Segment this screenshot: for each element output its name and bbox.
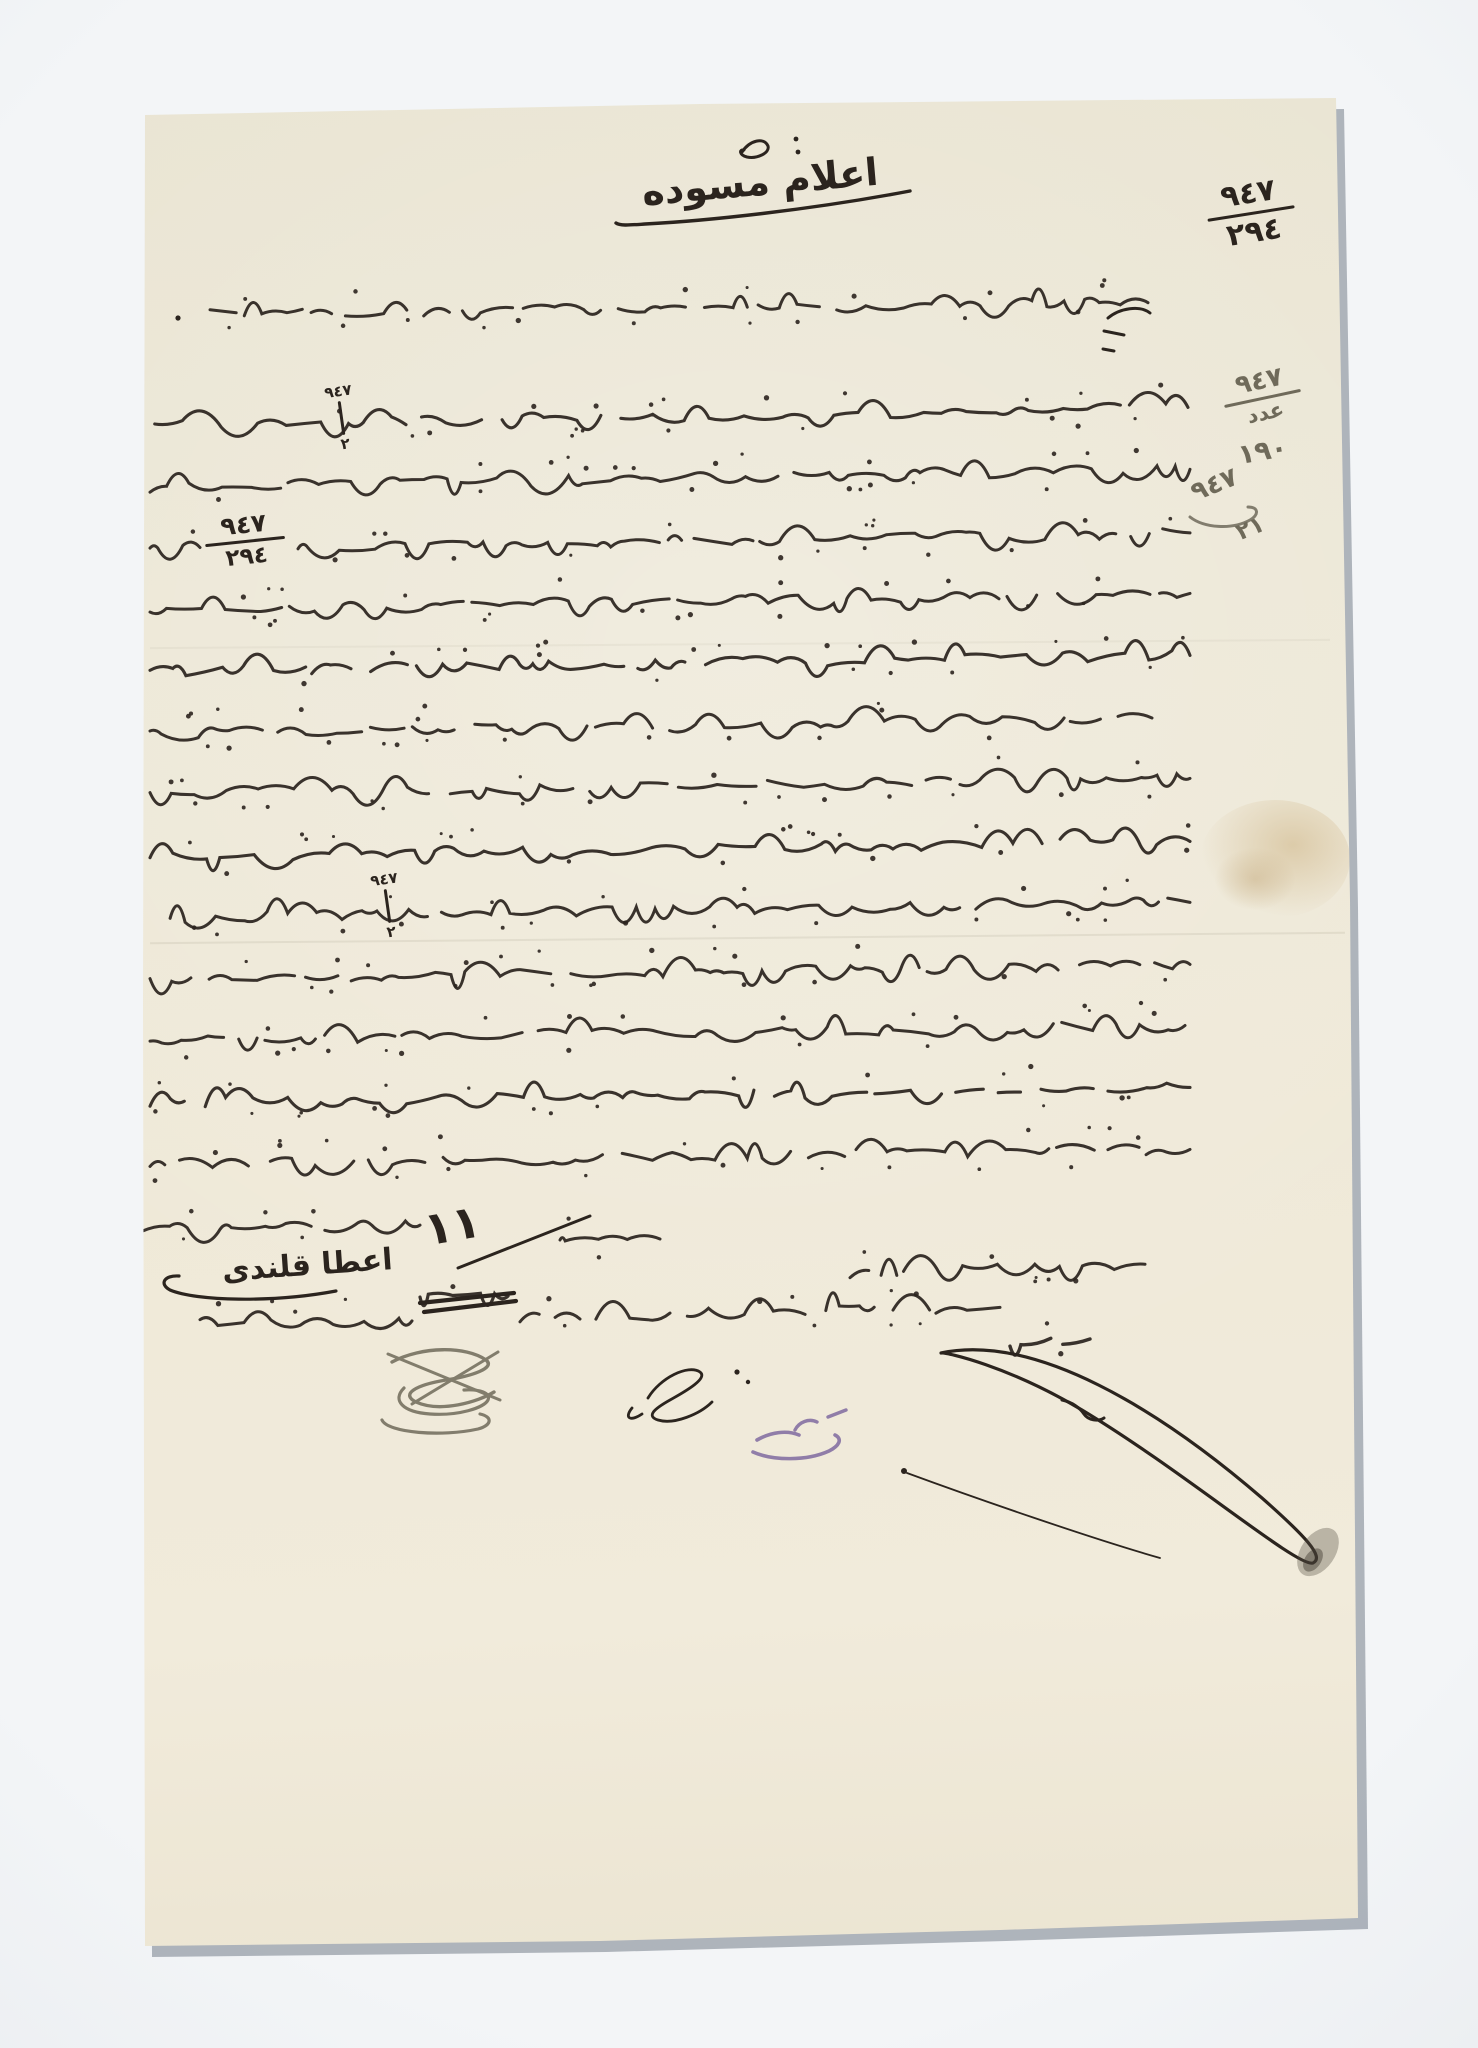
diacritic-dot xyxy=(1045,1321,1049,1325)
handwriting-row xyxy=(210,289,1148,319)
diacritic-dot xyxy=(777,614,782,619)
diacritic-dot xyxy=(777,795,781,799)
diacritic-dot xyxy=(588,799,593,804)
diacritic-dot xyxy=(1076,310,1081,315)
diacritic-dot xyxy=(558,577,563,582)
handwriting-row xyxy=(150,707,1152,741)
diacritic-dot xyxy=(887,794,891,798)
diacritic-dot xyxy=(425,739,428,742)
diacritic-dot xyxy=(242,806,246,810)
handwriting-row xyxy=(148,898,1190,928)
diacritic-dot xyxy=(862,1250,866,1254)
diacritic-dot xyxy=(530,921,533,924)
diacritic-dot xyxy=(1082,1004,1087,1009)
handwriting-row xyxy=(155,392,1188,436)
diacritic-dot xyxy=(613,465,618,470)
diacritic-dot xyxy=(329,989,333,993)
diacritic-dot xyxy=(871,524,874,527)
diacritic-dot xyxy=(812,980,817,985)
paper-crease-faint xyxy=(150,639,1330,649)
diacritic-dot xyxy=(278,1139,282,1143)
diacritic-dot xyxy=(963,316,967,320)
ink-dot xyxy=(175,315,180,320)
diacritic-dot xyxy=(503,738,507,742)
diacritic-dot xyxy=(867,459,872,464)
diacritic-dot xyxy=(740,452,743,455)
diacritic-dot xyxy=(1058,1351,1063,1356)
diacritic-dot xyxy=(299,1111,303,1115)
diacritic-dot xyxy=(189,712,193,716)
diacritic-dot xyxy=(381,807,384,810)
diacritic-dot xyxy=(353,289,357,293)
diacritic-dot xyxy=(1079,392,1082,395)
diacritic-dot xyxy=(640,608,645,613)
diacritic-dot xyxy=(488,613,491,616)
diacritic-dot xyxy=(1021,886,1026,891)
diacritic-dot xyxy=(1083,518,1088,523)
diacritic-dot xyxy=(1184,848,1189,853)
diacritic-dot xyxy=(712,925,716,929)
diacritic-dot xyxy=(997,756,1001,760)
diacritic-dot xyxy=(858,644,862,648)
diacritic-dot xyxy=(1136,1135,1141,1140)
diacritic-dot xyxy=(713,947,716,950)
diacritic-dot xyxy=(821,1167,824,1170)
handwriting-row xyxy=(420,1293,508,1305)
diacritic-dot xyxy=(499,955,503,959)
ref-number: ٩٤٧ xyxy=(369,870,398,889)
ref-sub-number: ٢ xyxy=(331,435,360,454)
diacritic-dot xyxy=(567,1014,572,1019)
diacritic-dot xyxy=(950,671,954,675)
diacritic-dot xyxy=(914,1291,919,1296)
diacritic-dot xyxy=(1002,1072,1005,1075)
diacritic-dot xyxy=(1158,383,1163,388)
inline-number-ref: ٩٤٧٢ xyxy=(369,870,406,941)
diacritic-dot xyxy=(743,801,747,805)
diacritic-dot xyxy=(245,960,248,963)
diacritic-dot xyxy=(721,1163,726,1168)
handwriting-row xyxy=(150,461,1190,495)
diacritic-dot xyxy=(191,529,195,533)
diacritic-dot xyxy=(224,871,229,876)
diacritic-dot xyxy=(998,850,1003,855)
diacritic-dot xyxy=(268,622,273,627)
diacritic-dot xyxy=(299,707,304,712)
diacritic-dot xyxy=(727,736,732,741)
diacritic-dot xyxy=(683,1142,686,1145)
handwriting-row xyxy=(560,1236,660,1241)
diacritic-dot xyxy=(855,944,860,949)
handwriting-row xyxy=(150,955,1190,994)
diacritic-dot xyxy=(479,489,483,493)
diacritic-dot xyxy=(1135,760,1139,764)
document-heading: اعلام مسوده xyxy=(599,146,922,218)
diacritic-dot xyxy=(186,714,191,719)
diacritic-dot xyxy=(1073,1278,1078,1283)
diacritic-dot xyxy=(446,1167,450,1171)
diacritic-dot xyxy=(798,1043,802,1047)
diacritic-dot xyxy=(675,615,680,620)
diacritic-dot xyxy=(280,587,284,591)
diacritic-dot xyxy=(987,736,992,741)
diacritic-dot xyxy=(790,1295,794,1299)
diacritic-dot xyxy=(1010,548,1014,552)
diacritic-dot xyxy=(863,546,867,550)
second-note-bottom: ٢١ xyxy=(1218,506,1282,552)
diacritic-dot xyxy=(454,984,458,988)
diacritic-dot xyxy=(551,983,555,987)
diacritic-dot xyxy=(549,460,554,465)
margin-second-note: ٩٤٧ ٢١ xyxy=(1166,454,1282,564)
diacritic-dot xyxy=(778,580,783,585)
diacritic-dot xyxy=(623,920,628,925)
diacritic-dot xyxy=(266,1026,271,1031)
bold-stroke-mark: ١١ xyxy=(420,1194,485,1257)
diacritic-dot xyxy=(683,287,688,292)
diacritic-dot xyxy=(632,466,636,470)
diacritic-dot xyxy=(816,549,819,552)
diacritic-dot xyxy=(811,832,815,836)
purple-ink-annotation xyxy=(753,1410,846,1459)
diacritic-dot xyxy=(304,837,308,841)
diacritic-dot xyxy=(566,456,569,459)
diacritic-dot xyxy=(188,841,192,845)
body-inline-fraction: ٩٤٧ ٢٩٤ xyxy=(199,508,291,574)
diacritic-dot xyxy=(563,1324,567,1328)
diacritic-dot xyxy=(1087,1126,1091,1130)
handwriting-row xyxy=(1010,1338,1090,1355)
handwriting-row xyxy=(200,1312,412,1329)
diacritic-dot xyxy=(847,486,852,491)
diacritic-dot xyxy=(566,1048,571,1053)
signature-center xyxy=(628,1369,750,1421)
diacritic-dot xyxy=(228,1082,232,1086)
diacritic-dot xyxy=(301,681,306,686)
diacritic-dot xyxy=(293,1310,297,1314)
diacritic-dot xyxy=(184,1055,188,1059)
diacritic-dot xyxy=(263,1210,267,1214)
handwriting-row xyxy=(143,1221,420,1242)
handwriting-row xyxy=(520,1293,1000,1322)
signature-left xyxy=(382,1350,500,1433)
diacritic-dot xyxy=(292,1047,296,1051)
diacritic-dot xyxy=(437,648,441,652)
diacritic-dot xyxy=(297,1115,300,1118)
diacritic-dot xyxy=(449,835,453,839)
handwriting-row xyxy=(150,1016,1185,1051)
diacritic-dot xyxy=(795,320,799,324)
diacritic-dot xyxy=(742,887,746,891)
diacritic-dot xyxy=(748,322,751,325)
diacritic-dot xyxy=(1126,879,1129,882)
diacritic-dot xyxy=(325,1139,329,1143)
diacritic-dot xyxy=(742,982,747,987)
diacritic-dot xyxy=(781,827,786,832)
ref-sub-number: ٢ xyxy=(377,923,406,942)
diacritic-dot xyxy=(647,735,652,740)
diacritic-dot xyxy=(395,1176,398,1179)
diacritic-dot xyxy=(569,554,572,557)
strikethrough-lines xyxy=(420,1293,516,1312)
diacritic-dot xyxy=(1127,1095,1131,1099)
diacritic-dot xyxy=(838,833,842,837)
diacritic-dot xyxy=(1002,974,1007,979)
diacritic-dot xyxy=(406,318,410,322)
diacritic-dot xyxy=(764,395,769,400)
diacritic-dot xyxy=(1104,918,1108,922)
diacritic-dot xyxy=(1119,1095,1124,1100)
diacritic-dot xyxy=(865,523,868,526)
handwriting-row xyxy=(150,828,1190,871)
diacritic-dot xyxy=(689,487,694,492)
diacritic-dot xyxy=(919,1322,922,1325)
diacritic-dot xyxy=(1163,978,1167,982)
diacritic-dot xyxy=(592,982,596,986)
diacritic-dot xyxy=(801,427,804,430)
diacritic-dot xyxy=(1025,398,1029,402)
diacritic-dot xyxy=(732,954,737,959)
diacritic-dot xyxy=(1050,416,1055,421)
diacritic-dot xyxy=(870,856,875,861)
diacritic-dot xyxy=(483,618,487,622)
diacritic-dot xyxy=(226,745,231,750)
diacritic-dot xyxy=(385,1049,388,1052)
diacritic-dot xyxy=(440,832,443,835)
diacritic-dot xyxy=(193,801,197,805)
diacritic-dot xyxy=(1186,823,1191,828)
diacritic-dot xyxy=(382,1146,387,1151)
handwriting-row xyxy=(150,589,1190,619)
diacritic-dot xyxy=(912,1012,916,1016)
diacritic-dot xyxy=(865,1073,870,1078)
diacritic-dot xyxy=(926,1044,930,1048)
diacritic-dot xyxy=(227,326,230,329)
diacritic-dot xyxy=(335,958,340,963)
diacritic-dot xyxy=(470,828,474,832)
diacritic-dot xyxy=(977,1167,981,1171)
diacritic-dot xyxy=(974,918,978,922)
ink-blot xyxy=(1289,1520,1348,1584)
diacritic-dot xyxy=(584,466,589,471)
diacritic-dot xyxy=(395,742,400,747)
diacritic-dot xyxy=(189,1209,194,1214)
diacritic-dot xyxy=(877,702,880,705)
diacritic-dot xyxy=(1026,1128,1030,1132)
diacritic-dot xyxy=(1134,448,1139,453)
diacritic-dot xyxy=(822,797,827,802)
diacritic-dot xyxy=(386,1113,391,1118)
diacritic-dot xyxy=(311,1209,316,1214)
diacritic-dot xyxy=(852,294,857,299)
top-siyakat-mark xyxy=(741,141,769,158)
diacritic-dot xyxy=(814,921,818,925)
diacritic-dot xyxy=(153,1178,158,1183)
diacritic-dot xyxy=(1066,911,1071,916)
diacritic-dot xyxy=(270,1299,274,1303)
diacritic-dot xyxy=(655,679,658,682)
diacritic-dot xyxy=(872,519,875,522)
diacritic-dot xyxy=(332,835,335,838)
diacritic-dot xyxy=(370,799,373,802)
diacritic-dot xyxy=(241,594,246,599)
diacritic-dot xyxy=(411,434,415,438)
diacritic-dot xyxy=(537,652,542,657)
diacritic-dot xyxy=(778,555,783,560)
diacritic-dot xyxy=(382,742,386,746)
diacritic-dot xyxy=(732,1076,736,1080)
diacritic-dot xyxy=(632,321,636,325)
diacritic-dot xyxy=(691,647,696,652)
diacritic-dot xyxy=(532,1107,536,1111)
diacritic-dot xyxy=(438,1134,443,1139)
diacritic-dot xyxy=(549,1111,553,1115)
diacritic-dot xyxy=(482,326,485,329)
diacritic-dot xyxy=(601,895,604,898)
handwriting-body xyxy=(143,278,1190,1356)
handwriting-row xyxy=(150,769,1190,805)
diacritic-dot xyxy=(1108,1126,1112,1130)
diacritic-dot xyxy=(668,523,672,527)
small-margin-mark xyxy=(1103,308,1150,351)
diacritic-dot xyxy=(216,708,219,711)
diacritic-dot xyxy=(1152,1011,1157,1016)
ink-blot-core xyxy=(1299,1545,1327,1575)
diacritic-dot xyxy=(158,1081,161,1084)
diacritic-dot xyxy=(1133,417,1136,420)
diacritic-dot xyxy=(567,859,571,863)
diacritic-dot xyxy=(215,932,219,936)
diacritic-dot xyxy=(757,1299,762,1304)
diacritic-dot xyxy=(501,926,505,930)
diacritic-dot xyxy=(182,1237,185,1240)
diacritic-dot xyxy=(399,1051,404,1056)
diacritic-dot xyxy=(405,553,410,558)
diacritic-dot xyxy=(989,1254,994,1259)
diacritic-dot xyxy=(1102,278,1106,282)
diacritic-dot xyxy=(1076,424,1081,429)
diacritic-dot xyxy=(566,1216,570,1220)
diacritic-dot xyxy=(575,427,578,430)
handwriting-row xyxy=(150,1139,1190,1175)
diacritic-dot xyxy=(450,1284,455,1289)
diacritic-dot xyxy=(1149,666,1152,669)
ref-number: ٩٤٧ xyxy=(323,382,352,401)
second-note-top: ٩٤٧ xyxy=(1166,454,1263,516)
diacritic-dot xyxy=(688,612,693,617)
margin-aded-fraction: ٩٤٧ عدد xyxy=(1217,360,1307,431)
diacritic-dot xyxy=(1059,792,1064,797)
closing-phrase: اعطا قلندى xyxy=(221,1242,394,1289)
diacritic-dot xyxy=(463,648,467,652)
diacritic-dot xyxy=(546,1296,551,1301)
diacritic-dot xyxy=(570,434,574,438)
diacritic-dot xyxy=(817,736,821,740)
diacritic-dot xyxy=(310,986,314,990)
diacritic-dot xyxy=(597,1255,601,1259)
diacritic-dot xyxy=(889,671,893,675)
diacritic-dot xyxy=(1168,517,1172,521)
diacritic-dot xyxy=(243,297,247,301)
diacritic-dot xyxy=(344,1298,347,1301)
diacritic-dot xyxy=(713,461,718,466)
diacritic-dot xyxy=(416,717,421,722)
diacritic-dot xyxy=(594,403,599,408)
diacritic-dot xyxy=(1047,1277,1051,1281)
diacritic-dot xyxy=(216,497,221,502)
diacritic-dot xyxy=(1147,795,1151,799)
diacritic-dot xyxy=(390,651,395,656)
diacritic-dot xyxy=(662,398,666,402)
diacritic-dot xyxy=(721,861,726,866)
handwriting-row xyxy=(150,1082,1190,1113)
diacritic-dot xyxy=(531,404,536,409)
diacritic-dot xyxy=(372,531,376,535)
diacritic-dot xyxy=(326,1049,331,1054)
diacritic-dot xyxy=(954,1015,959,1020)
diacritic-dot xyxy=(458,1306,461,1309)
diacritic-dot xyxy=(427,430,432,435)
diacritic-dot xyxy=(521,802,525,806)
diacritic-dot xyxy=(366,963,370,967)
diacritic-dot xyxy=(153,1109,157,1113)
diacritic-dot xyxy=(275,1050,280,1055)
diacritic-dot xyxy=(666,428,670,432)
diacritic-dot xyxy=(711,773,716,778)
diacritic-dot xyxy=(946,579,951,584)
diacritic-dot xyxy=(267,587,270,590)
diacritic-dot xyxy=(887,1165,891,1169)
diacritic-dot xyxy=(300,832,304,836)
diacritic-dot xyxy=(1069,1165,1073,1169)
diacritic-dot xyxy=(277,1143,282,1148)
diacritic-dot xyxy=(788,824,793,829)
diacritic-dot xyxy=(951,793,954,796)
handwriting-row xyxy=(850,1256,1145,1281)
diacritic-dot xyxy=(452,556,457,561)
diacritic-dot xyxy=(621,1014,626,1019)
diacritic-dot xyxy=(478,462,482,466)
document-paper: اعلام مسوده ٩٤٧ ٢٩٤ ٩٤٧ عدد ١٩٠ ٩٤٧ ٢١ ٩… xyxy=(0,0,1478,2048)
diacritic-dot xyxy=(595,1105,599,1109)
diacritic-dot xyxy=(490,900,494,904)
diacritic-dot xyxy=(333,557,338,562)
diacritic-dot xyxy=(422,704,427,709)
diacritic-dot xyxy=(516,318,521,323)
diacritic-dot xyxy=(384,1084,387,1087)
diacritic-dot xyxy=(372,1106,377,1111)
corner-number-fraction: ٩٤٧ ٢٩٤ xyxy=(1200,171,1302,255)
ink-flourish-layer xyxy=(0,0,1478,2048)
diacritic-dot xyxy=(746,286,749,289)
paper-crease xyxy=(150,932,1345,944)
diacritic-dot xyxy=(581,429,585,433)
diacritic-dot xyxy=(216,1301,221,1306)
diacritic-dot xyxy=(1033,1279,1037,1283)
diacritic-dot xyxy=(890,1289,893,1292)
diacritic-dot xyxy=(300,1236,304,1240)
diacritic-dot xyxy=(169,779,174,784)
diacritic-dot xyxy=(807,831,811,835)
photo-backdrop: اعلام مسوده ٩٤٧ ٢٩٤ ٩٤٧ عدد ١٩٠ ٩٤٧ ٢١ ٩… xyxy=(0,0,1478,2048)
inline-number-ref: ٩٤٧٢ xyxy=(323,382,360,453)
diacritic-dot xyxy=(484,1016,488,1020)
diacritic-dot xyxy=(250,1112,253,1115)
diacritic-dot xyxy=(1086,451,1090,455)
diacritic-dot xyxy=(813,1324,817,1328)
diacritic-dot xyxy=(859,488,863,492)
diacritic-dot xyxy=(649,402,654,407)
